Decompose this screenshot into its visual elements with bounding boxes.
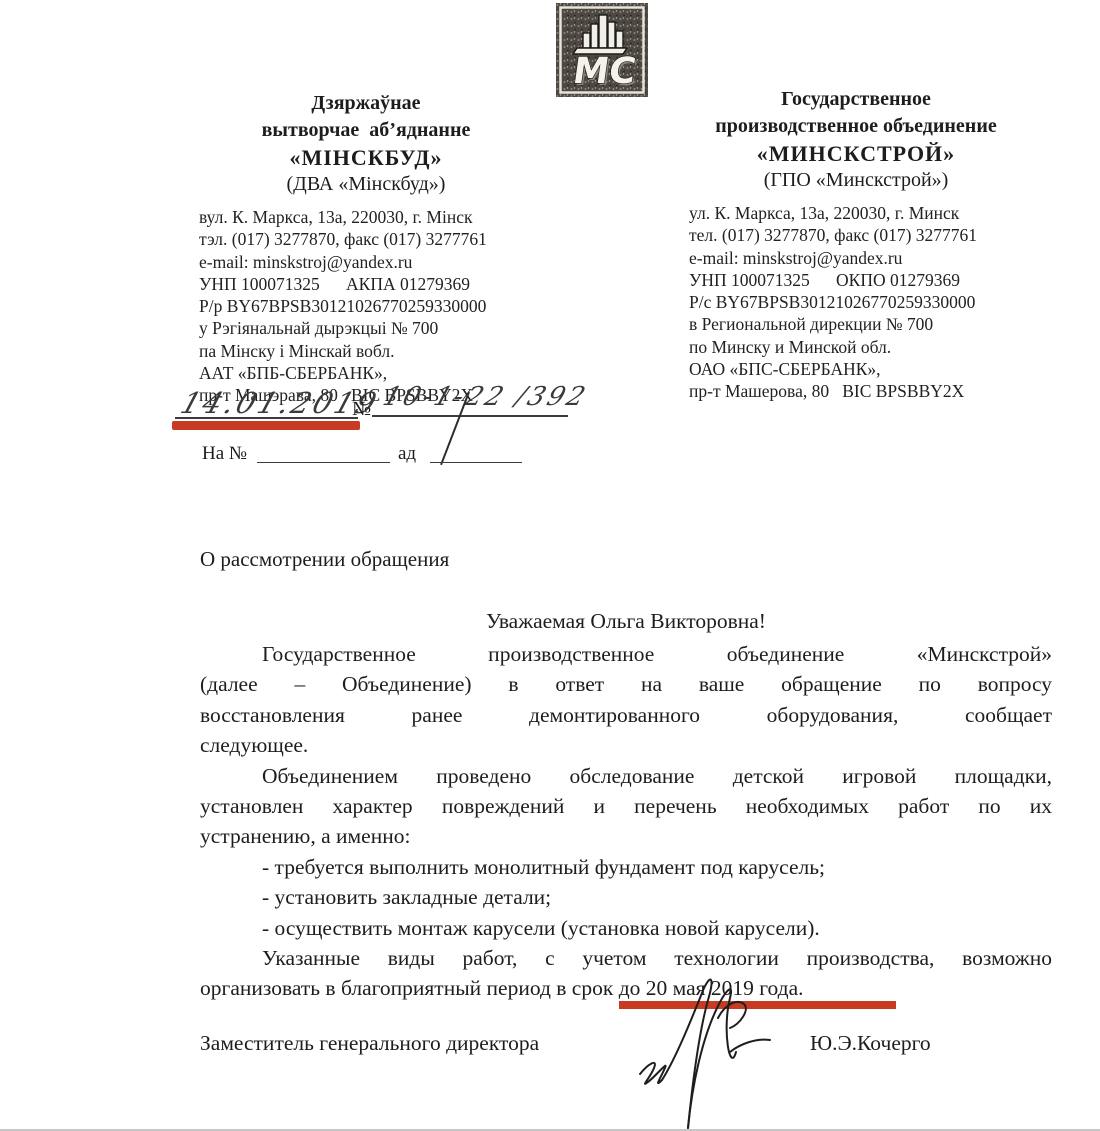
org-name-line: (ДВА «Мінскбуд») xyxy=(173,171,559,198)
org-name-line: производственное объединение xyxy=(663,113,1049,140)
address-line: тел. (017) 3277870, факс (017) 3277761 xyxy=(689,224,1049,246)
address-block-left: вул. К. Маркса, 13а, 220030, г. Мінск тэ… xyxy=(173,206,559,407)
signatory-position: Заместитель генерального директора xyxy=(200,1031,539,1056)
address-line: Р/с BY67BPSB30121026770259330000 xyxy=(689,291,1049,313)
address-line: e-mail: minskstroj@yandex.ru xyxy=(199,251,559,273)
logo-letters: МС МС xyxy=(570,49,641,94)
svg-text:МС: МС xyxy=(570,49,638,92)
org-name-line: (ГПО «Минскстрой») xyxy=(663,167,1049,194)
list-item: - установить закладные детали; xyxy=(200,882,1052,912)
date-underline xyxy=(175,417,358,419)
list-item: - осуществить монтаж карусели (установка… xyxy=(200,913,1052,943)
address-line: УНП 100071325 ОКПО 01279369 xyxy=(689,269,1049,291)
address-line: у Рэгіянальнай дырэкцыі № 700 xyxy=(199,317,559,339)
address-line: Р/р BY67BPSB30121026770259330000 xyxy=(199,295,559,317)
body-line: Указанные виды работ, с учетом технологи… xyxy=(200,943,1052,973)
salutation: Уважаемая Ольга Викторовна! xyxy=(200,609,1052,634)
number-sign-label: № xyxy=(352,398,371,421)
body-line: установлен характер повреждений и перече… xyxy=(200,791,1052,821)
address-line: тэл. (017) 3277870, факс (017) 3277761 xyxy=(199,228,559,250)
subject-line: О рассмотрении обращения xyxy=(200,547,449,572)
body-line: устранению, а именно: xyxy=(200,821,1052,851)
org-name-line: «МІНСКБУД» xyxy=(173,144,559,171)
letter-body: Государственное производственное объедин… xyxy=(200,639,1052,1004)
body-line: следующее. xyxy=(200,730,1052,760)
address-line: УНП 100071325 АКПА 01279369 xyxy=(199,273,559,295)
letterhead-right: Государственное производственное объедин… xyxy=(663,86,1049,403)
address-line: пр-т Машерова, 80 BIC BPSBBY2X xyxy=(689,380,1049,402)
body-line: (далее – Объединение) в ответ на ваше об… xyxy=(200,669,1052,699)
body-line: Государственное производственное объедин… xyxy=(200,639,1052,669)
address-block-right: ул. К. Маркса, 13а, 220030, г. Минск тел… xyxy=(663,202,1049,403)
org-name-line: Дзяржаўнае xyxy=(173,90,559,117)
address-line: вул. К. Маркса, 13а, 220030, г. Мінск xyxy=(199,206,559,228)
reply-date-blank xyxy=(430,462,522,463)
scanned-letter-page: МС МС Дзяржаўнае вытворчае аб’яднанне «М… xyxy=(0,0,1100,1131)
org-name-line: Государственное xyxy=(663,86,1049,113)
reply-to-label: На № xyxy=(202,443,247,465)
body-line: Объединением проведено обследование детс… xyxy=(200,761,1052,791)
handwritten-number: 10-1-22 /392 xyxy=(379,382,592,412)
address-line: по Минску и Минской обл. xyxy=(689,336,1049,358)
org-name-line: вытворчае аб’яднанне xyxy=(173,117,559,144)
closing-prefix: организовать в благоприятный период в ср… xyxy=(200,976,619,1000)
reply-date-label: ад xyxy=(398,443,416,465)
address-line: e-mail: minskstroj@yandex.ru xyxy=(689,247,1049,269)
address-line: ул. К. Маркса, 13а, 220030, г. Минск xyxy=(689,202,1049,224)
address-line: ОАО «БПС-СБЕРБАНК», xyxy=(689,358,1049,380)
signatory-name: Ю.Э.Кочерго xyxy=(810,1031,931,1056)
number-underline xyxy=(372,415,568,417)
list-item: - требуется выполнить монолитный фундаме… xyxy=(200,852,1052,882)
org-name-line: «МИНСКСТРОЙ» xyxy=(663,140,1049,167)
address-line: па Мінску і Мінскай вобл. xyxy=(199,340,559,362)
handwritten-signature xyxy=(618,978,798,1131)
address-line: в Региональной дирекции № 700 xyxy=(689,313,1049,335)
letterhead-left: Дзяржаўнае вытворчае аб’яднанне «МІНСКБУ… xyxy=(173,90,559,407)
red-highlight-date xyxy=(172,421,360,430)
reply-number-blank xyxy=(257,462,390,463)
body-line: восстановления ранее демонтированного об… xyxy=(200,700,1052,730)
minskstroy-logo: МС МС xyxy=(556,3,648,97)
